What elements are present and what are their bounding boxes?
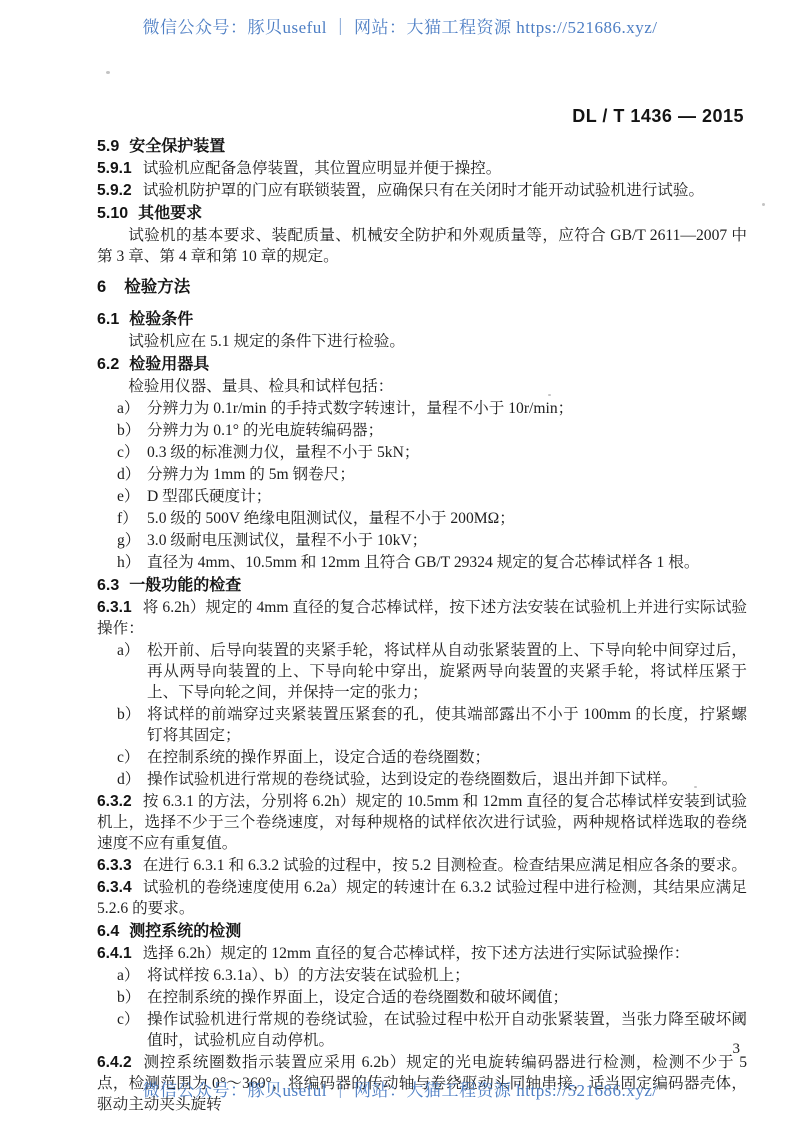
page-number: 3 [733, 1041, 741, 1058]
scan-speck [694, 786, 697, 788]
list-text: 操作试验机进行常规的卷绕试验，达到设定的卷绕圈数后，退出并卸下试样。 [147, 769, 747, 790]
section-title: 安全保护装置 [129, 138, 225, 155]
paragraph-6-1: 试验机应在 5.1 规定的条件下进行检验。 [97, 331, 747, 352]
list-text: 在控制系统的操作界面上，设定合适的卷绕圈数和破坏阈值； [147, 987, 747, 1008]
clause-number: 5.9.2 [97, 182, 132, 199]
list-text: 分辨力为 0.1° 的光电旋转编码器； [147, 420, 747, 441]
list-item: b）在控制系统的操作界面上，设定合适的卷绕圈数和破坏阈值； [117, 987, 747, 1008]
scan-speck [762, 203, 765, 206]
clause-number: 6.4.2 [97, 1054, 132, 1071]
list-label: d） [117, 769, 147, 790]
section-title: 其他要求 [138, 205, 202, 222]
footer-watermark: 微信公众号：豚贝useful ｜ 网站：大猫工程资源 https://52168… [0, 1076, 800, 1101]
clause-6-4-1: 6.4.1选择 6.2h）规定的 12mm 直径的复合芯棒试样，按下述方法进行实… [97, 943, 747, 964]
list-text: 分辨力为 0.1r/min 的手持式数字转速计，量程不小于 10r/min； [147, 398, 747, 419]
list-item: a）松开前、后导向装置的夹紧手轮，将试样从自动张紧装置的上、下导向轮中间穿过后，… [117, 640, 747, 703]
section-title: 测控系统的检测 [129, 923, 241, 940]
document-page: 微信公众号：豚贝useful ｜ 网站：大猫工程资源 https://52168… [0, 0, 800, 1129]
list-label: f） [117, 508, 147, 529]
clause-5-9-1: 5.9.1试验机应配备急停装置，其位置应明显并便于操控。 [97, 158, 747, 179]
list-item: b）将试样的前端穿过夹紧装置压紧套的孔，使其端部露出不小于 100mm 的长度，… [117, 704, 747, 746]
clause-number: 6.3.3 [97, 857, 132, 874]
section-heading-6-2: 6.2检验用器具 [97, 354, 747, 375]
clause-text: 按 6.3.1 的方法，分别将 6.2h）规定的 10.5mm 和 12mm 直… [97, 793, 747, 852]
chapter-title: 检验方法 [124, 278, 190, 296]
clause-number: 5.9.1 [97, 160, 132, 177]
section-title: 检验用器具 [129, 356, 209, 373]
list-text: D 型邵氏硬度计； [147, 486, 747, 507]
list-text: 操作试验机进行常规的卷绕试验，在试验过程中松开自动张紧装置，当张力降至破坏阈值时… [147, 1009, 747, 1051]
list-label: b） [117, 987, 147, 1008]
list-label: c） [117, 442, 147, 463]
list-item: c）操作试验机进行常规的卷绕试验，在试验过程中松开自动张紧装置，当张力降至破坏阈… [117, 1009, 747, 1051]
list-item: e）D 型邵氏硬度计； [117, 486, 747, 507]
list-label: a） [117, 398, 147, 419]
clause-number: 6.3.4 [97, 879, 132, 896]
list-label: g） [117, 530, 147, 551]
section-number: 6.4 [97, 923, 119, 940]
scan-speck [106, 71, 110, 74]
section-number: 6.3 [97, 577, 119, 594]
list-label: c） [117, 747, 147, 768]
section-number: 5.10 [97, 205, 128, 222]
list-label: h） [117, 552, 147, 573]
list-item: c）在控制系统的操作界面上，设定合适的卷绕圈数； [117, 747, 747, 768]
list-text: 分辨力为 1mm 的 5m 钢卷尺； [147, 464, 747, 485]
chapter-number: 6 [97, 278, 106, 296]
clause-text: 试验机防护罩的门应有联锁装置，应确保只有在关闭时才能开动试验机进行试验。 [143, 182, 704, 199]
list-label: a） [117, 965, 147, 986]
list-label: b） [117, 420, 147, 441]
section-title: 一般功能的检查 [129, 577, 241, 594]
clause-6-3-1: 6.3.1将 6.2h）规定的 4mm 直径的复合芯棒试样，按下述方法安装在试验… [97, 597, 747, 639]
section-number: 6.2 [97, 356, 119, 373]
clause-text: 选择 6.2h）规定的 12mm 直径的复合芯棒试样，按下述方法进行实际试验操作… [143, 945, 690, 962]
list-text: 将试样的前端穿过夹紧装置压紧套的孔，使其端部露出不小于 100mm 的长度，拧紧… [147, 704, 747, 746]
list-item: f）5.0 级的 500V 绝缘电阻测试仪，量程不小于 200MΩ； [117, 508, 747, 529]
list-item: h）直径为 4mm、10.5mm 和 12mm 且符合 GB/T 29324 规… [117, 552, 747, 573]
clause-text: 将 6.2h）规定的 4mm 直径的复合芯棒试样，按下述方法安装在试验机上并进行… [97, 599, 747, 637]
header-watermark: 微信公众号：豚贝useful ｜ 网站：大猫工程资源 https://52168… [0, 13, 800, 38]
list-text: 松开前、后导向装置的夹紧手轮，将试样从自动张紧装置的上、下导向轮中间穿过后，再从… [147, 640, 747, 703]
section-title: 检验条件 [129, 311, 193, 328]
clause-number: 6.4.1 [97, 945, 132, 962]
section-heading-5-10: 5.10其他要求 [97, 203, 747, 224]
section-number: 5.9 [97, 138, 119, 155]
list-label: e） [117, 486, 147, 507]
clause-6-3-3: 6.3.3在进行 6.3.1 和 6.3.2 试验的过程中，按 5.2 目测检查… [97, 855, 747, 876]
list-item: d）分辨力为 1mm 的 5m 钢卷尺； [117, 464, 747, 485]
list-item: a）将试样按 6.3.1a）、b）的方法安装在试验机上； [117, 965, 747, 986]
list-text: 5.0 级的 500V 绝缘电阻测试仪，量程不小于 200MΩ； [147, 508, 747, 529]
list-text: 0.3 级的标准测力仪，量程不小于 5kN； [147, 442, 747, 463]
section-heading-6-4: 6.4测控系统的检测 [97, 921, 747, 942]
section-number: 6.1 [97, 311, 119, 328]
list-item: a）分辨力为 0.1r/min 的手持式数字转速计，量程不小于 10r/min； [117, 398, 747, 419]
list-item: d）操作试验机进行常规的卷绕试验，达到设定的卷绕圈数后，退出并卸下试样。 [117, 769, 747, 790]
scan-speck [548, 394, 551, 396]
clause-6-3-4: 6.3.4试验机的卷绕速度使用 6.2a）规定的转速计在 6.3.2 试验过程中… [97, 877, 747, 919]
paragraph-6-2: 检验用仪器、量具、检具和试样包括： [97, 376, 747, 397]
document-body: 5.9安全保护装置 5.9.1试验机应配备急停装置，其位置应明显并便于操控。 5… [97, 134, 747, 1115]
list-item: g）3.0 级耐电压测试仪，量程不小于 10kV； [117, 530, 747, 551]
standard-code: DL / T 1436 — 2015 [572, 106, 744, 127]
clause-6-3-2: 6.3.2按 6.3.1 的方法，分别将 6.2h）规定的 10.5mm 和 1… [97, 791, 747, 854]
scan-speck [212, 167, 215, 170]
clause-text: 试验机应配备急停装置，其位置应明显并便于操控。 [143, 160, 502, 177]
list-text: 在控制系统的操作界面上，设定合适的卷绕圈数； [147, 747, 747, 768]
chapter-heading-6: 6检验方法 [97, 277, 747, 298]
list-item: b）分辨力为 0.1° 的光电旋转编码器； [117, 420, 747, 441]
clause-5-9-2: 5.9.2试验机防护罩的门应有联锁装置，应确保只有在关闭时才能开动试验机进行试验… [97, 180, 747, 201]
list-text: 3.0 级耐电压测试仪，量程不小于 10kV； [147, 530, 747, 551]
section-heading-5-9: 5.9安全保护装置 [97, 136, 747, 157]
section-heading-6-3: 6.3一般功能的检查 [97, 575, 747, 596]
list-label: b） [117, 704, 147, 746]
clause-number: 6.3.2 [97, 793, 132, 810]
list-text: 将试样按 6.3.1a）、b）的方法安装在试验机上； [147, 965, 747, 986]
clause-number: 6.3.1 [97, 599, 132, 616]
section-heading-6-1: 6.1检验条件 [97, 309, 747, 330]
list-label: d） [117, 464, 147, 485]
list-label: a） [117, 640, 147, 703]
list-label: c） [117, 1009, 147, 1051]
list-item: c）0.3 级的标准测力仪，量程不小于 5kN； [117, 442, 747, 463]
paragraph-5-10: 试验机的基本要求、装配质量、机械安全防护和外观质量等，应符合 GB/T 2611… [97, 225, 747, 267]
clause-text: 在进行 6.3.1 和 6.3.2 试验的过程中，按 5.2 目测检查。检查结果… [143, 857, 747, 874]
clause-text: 试验机的卷绕速度使用 6.2a）规定的转速计在 6.3.2 试验过程中进行检测，… [97, 879, 747, 917]
list-text: 直径为 4mm、10.5mm 和 12mm 且符合 GB/T 29324 规定的… [147, 552, 747, 573]
